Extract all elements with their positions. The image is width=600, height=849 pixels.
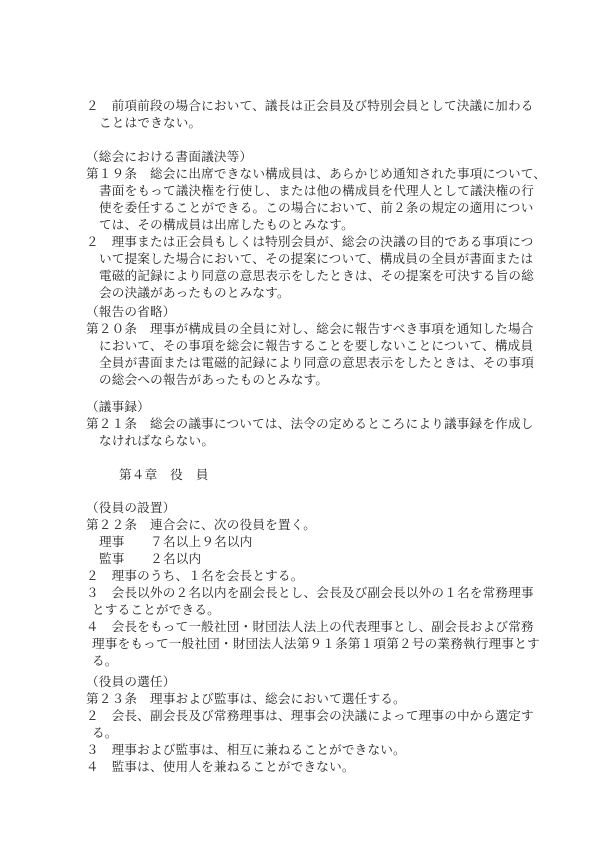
paragraph-number-line: ２ 理事または正会員もしくは特別会員が、総会の決議の目的である事項につ bbox=[86, 233, 526, 250]
body-text-line: いて提案した場合において、その提案について、構成員の全員が書面または bbox=[99, 250, 539, 267]
article-heading-line: 第２０条 理事が構成員の全員に対し、総会に報告すべき事項を通知した場合 bbox=[86, 320, 526, 337]
body-text-line: ては、その構成員は出席したものとみなす。 bbox=[99, 216, 539, 233]
body-text-line: において、その事項を総会に報告することを要しないことについて、構成員 bbox=[99, 337, 539, 354]
paragraph-number-line: ２ 理事のうち、１名を会長とする。 bbox=[86, 567, 526, 584]
body-text-line: る。 bbox=[92, 652, 532, 669]
paragraph-number-line: ４ 監事は、使用人を兼ねることができない。 bbox=[86, 758, 526, 775]
article-heading-line: 第２３条 理事および監事は、総会において選任する。 bbox=[86, 690, 526, 707]
body-text-line: とすることができる。 bbox=[92, 601, 532, 618]
body-text-line: 理事をもって一般社団・財団法人法第９１条第１項第２号の業務執行理事とす bbox=[92, 635, 532, 652]
paragraph-number-line: ２ 会長、副会長及び常務理事は、理事会の決議によって理事の中から選定す bbox=[86, 707, 526, 724]
body-text-line: 全員が書面または電磁的記録により同意の意思表示をしたときは、その事項 bbox=[99, 354, 539, 371]
chapter-heading: 第４章 役 員 bbox=[119, 466, 559, 483]
body-text-line: なければならない。 bbox=[99, 432, 539, 449]
paragraph-number-line: ２ 前項前段の場合において、議長は正会員及び特別会員として決議に加わる bbox=[86, 97, 526, 114]
article-caption: （役員の設置） bbox=[86, 499, 526, 516]
body-text-line: の総会への報告があったものとみなす。 bbox=[99, 371, 539, 388]
article-heading-line: 第２１条 総会の議事については、法令の定めるところにより議事録を作成し bbox=[86, 415, 526, 432]
body-text-line: 書面をもって議決権を行使し、または他の構成員を代理人として議決権の行 bbox=[99, 182, 539, 199]
paragraph-number-line: ４ 会長をもって一般社団・財団法人法上の代表理事とし、副会長および常務 bbox=[86, 618, 526, 635]
article-caption: （総会における書面議決等） bbox=[86, 148, 526, 165]
article-heading-line: 第２２条 連合会に、次の役員を置く。 bbox=[86, 516, 526, 533]
paragraph-number-line: ３ 会長以外の２名以内を副会長とし、会長及び副会長以外の１名を常務理事 bbox=[86, 584, 526, 601]
article-caption: （議事録） bbox=[86, 398, 526, 415]
body-text-line: 理事 ７名以上９名以内 bbox=[99, 533, 539, 550]
body-text-line: 会の決議があったものとみなす。 bbox=[99, 284, 539, 301]
paragraph-number-line: ３ 理事および監事は、相互に兼ねることができない。 bbox=[86, 741, 526, 758]
body-text-line: ことはできない。 bbox=[99, 114, 539, 131]
article-caption: （役員の選任） bbox=[86, 673, 526, 690]
document-page: ２ 前項前段の場合において、議長は正会員及び特別会員として決議に加わることはでき… bbox=[0, 0, 600, 849]
body-text-line: 電磁的記録により同意の意思表示をしたときは、その提案を可決する旨の総 bbox=[99, 267, 539, 284]
article-caption: （報告の省略） bbox=[86, 303, 526, 320]
article-heading-line: 第１９条 総会に出席できない構成員は、あらかじめ通知された事項について、 bbox=[86, 165, 526, 182]
body-text-line: 使を委任することができる。この場合において、前２条の規定の適用につい bbox=[99, 199, 539, 216]
body-text-line: 監事 ２名以内 bbox=[99, 550, 539, 567]
body-text-line: る。 bbox=[92, 724, 532, 741]
